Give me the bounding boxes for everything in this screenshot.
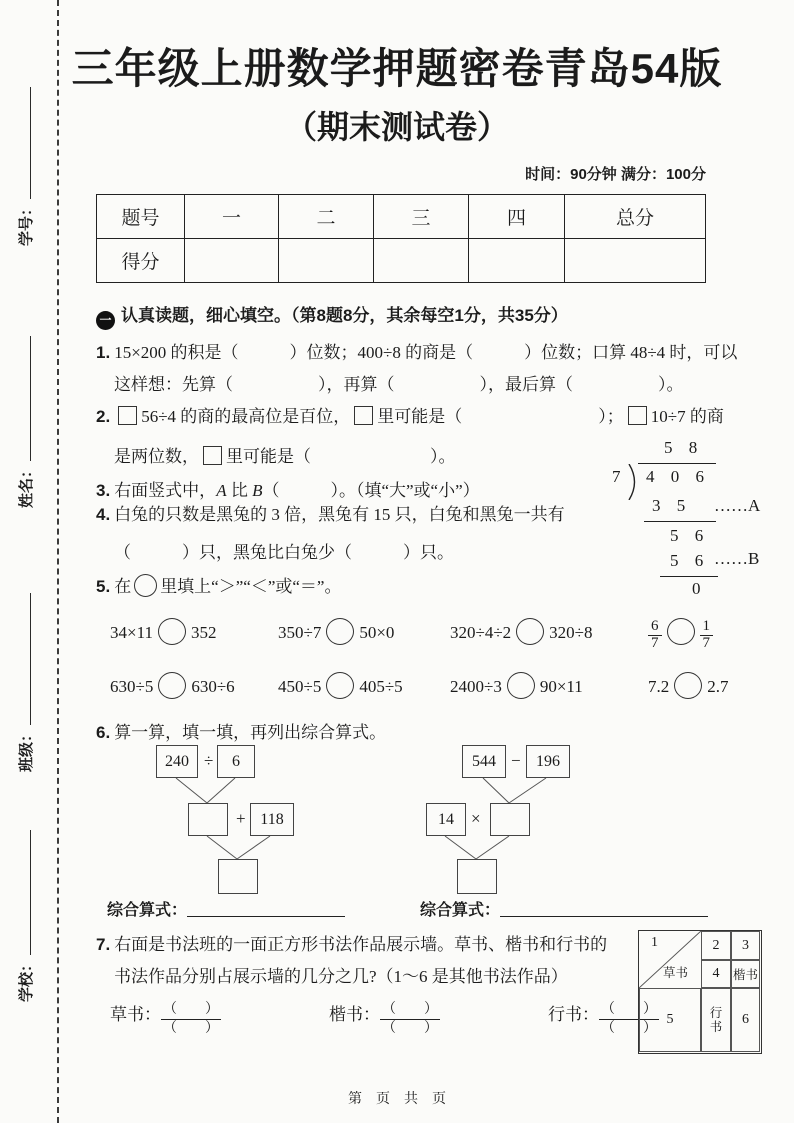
- q6-left-box-6: 6: [217, 745, 255, 778]
- wall-cell-2: 2: [701, 931, 731, 960]
- q6-left-diagram: 240 ÷ 6 + 118: [150, 745, 350, 897]
- comparison-row-2: 630÷5630÷6450÷5405÷52400÷390×117.22.7: [110, 672, 770, 699]
- question-2-text-4: 是两位数，: [114, 447, 199, 466]
- score-table-header-cell: 一: [185, 195, 279, 239]
- class-blank-line: [15, 593, 31, 725]
- q6-left-box-240: 240: [156, 745, 198, 778]
- name-field: 姓名：: [15, 336, 36, 508]
- q6-right-box-196: 196: [526, 745, 570, 778]
- question-1-number: 1.: [96, 343, 110, 362]
- q7-blank-denominator: （ ）: [161, 1020, 221, 1038]
- question-6-number: 6.: [96, 723, 110, 742]
- question-3-text-1: 右面竖式中，: [114, 481, 216, 500]
- question-1-text-2: 这样想：先算（ ），再算（ ），最后算（ ）。: [114, 375, 684, 394]
- blank-box-icon: [354, 406, 373, 425]
- q6-right-box-empty-bottom: [457, 859, 497, 894]
- score-cell-empty: [374, 239, 469, 283]
- comparison-operand: 50×0: [359, 623, 394, 642]
- score-cell-empty: [469, 239, 565, 283]
- score-cell-empty: [279, 239, 374, 283]
- q7-blank-denominator: （ ）: [380, 1020, 440, 1038]
- question-5-text-1: 在: [114, 577, 131, 596]
- wall-cell-1-caoshu: 1 草书: [639, 931, 701, 988]
- comparison-item: 350÷750×0: [278, 618, 450, 652]
- score-cell-empty: [565, 239, 706, 283]
- page-footer: 第 页 共 页: [0, 1088, 794, 1108]
- q6-right-expression: 综合算式：: [420, 897, 708, 920]
- fraction-denominator: 7: [700, 636, 714, 652]
- section1-header: 一认真读题，细心填空。（第8题8分，其余每空1分，共35分）: [96, 301, 568, 330]
- question-7-number: 7.: [96, 935, 110, 954]
- answer-circle-icon: [326, 672, 354, 699]
- q7-fraction-answer: 草书：（ ）（ ）: [110, 1007, 221, 1024]
- calligraphy-wall-figure: 1 草书 2 3 4 楷书 5 行书 6: [638, 930, 762, 1054]
- student-id-label: 学号：: [18, 201, 35, 246]
- answer-circle-icon: [674, 672, 702, 699]
- comparison-item: 630÷5630÷6: [110, 672, 278, 699]
- comparison-item: 34×11352: [110, 618, 278, 652]
- q6-left-expression-label: 综合算式：: [107, 902, 187, 919]
- answer-circle-icon: [134, 574, 157, 597]
- question-2-text-5: 里可能是（ ）。: [226, 447, 456, 466]
- question-3-number: 3.: [96, 481, 110, 500]
- division-label-b: ……B: [714, 549, 759, 569]
- question-4-number: 4.: [96, 505, 110, 524]
- wall-cell-xingshu: 行书: [701, 988, 731, 1052]
- q6-left-box-empty-mid: [188, 803, 228, 836]
- school-blank-line: [15, 830, 31, 955]
- time-score-info: 时间：90分钟 满分：100分: [96, 163, 706, 184]
- comparison-operand: 7.2: [648, 677, 669, 696]
- comparison-item: 6717: [648, 618, 713, 652]
- q6-left-box-118: 118: [250, 803, 294, 836]
- answer-circle-icon: [326, 618, 354, 645]
- division-subtrahend-2: 5 6: [670, 551, 709, 571]
- section1-number-badge-icon: 一: [96, 311, 115, 330]
- q6-left-op-plus: +: [236, 809, 246, 829]
- question-7-fraction-answers: 草书：（ ）（ ）楷书：（ ）（ ）行书：（ ）（ ）: [110, 1000, 659, 1038]
- wall-cell-kaishu: 楷书: [731, 960, 760, 988]
- division-divisor: 7: [612, 467, 621, 487]
- q6-left-box-empty-bottom: [218, 859, 258, 894]
- seal-dashed-line: [57, 0, 59, 1123]
- division-bracket-icon: [626, 464, 642, 500]
- answer-circle-icon: [158, 672, 186, 699]
- division-vinculum: [638, 463, 716, 464]
- wall-cell-6: 6: [731, 988, 760, 1052]
- division-rule-2: [660, 576, 718, 577]
- question-4-line-2: （ ）只，黑兔比白兔少（ ）只。: [114, 538, 454, 563]
- score-table-header-cell: 总分: [565, 195, 706, 239]
- school-label: 学校：: [18, 957, 35, 1002]
- q7-blank-numerator: （ ）: [380, 1001, 440, 1020]
- score-table-header-cell: 四: [469, 195, 565, 239]
- comparison-operand: 630÷5: [110, 677, 153, 696]
- class-label: 班级：: [18, 727, 35, 772]
- question-2-line-1: 2.56÷4 的商的最高位是百位，里可能是（ ）；10÷7 的商: [96, 402, 724, 427]
- question-3-var-a: A: [216, 481, 226, 500]
- division-subtrahend-1: 3 5: [652, 496, 691, 516]
- question-7-text-2: 书法作品分别占展示墙的几分之几?（1～6 是其他书法作品）: [114, 967, 568, 986]
- long-division-figure: 5 8 7 4 0 6 3 5 ……A 5 6 5 6 ……B 0: [608, 438, 788, 596]
- question-7-text-1: 右面是书法班的一面正方形书法作品展示墙。草书、楷书和行书的: [114, 935, 607, 954]
- blank-box-icon: [118, 406, 137, 425]
- comparison-operand: 34×11: [110, 623, 153, 642]
- q6-right-op-times: ×: [471, 809, 481, 829]
- fraction-operand: 17: [700, 619, 714, 652]
- score-table-header-cell: 三: [374, 195, 469, 239]
- division-result: 0: [692, 579, 701, 599]
- q6-right-expression-blank: [500, 900, 708, 917]
- paper-title: 三年级上册数学押题密卷青岛54版: [0, 36, 794, 96]
- q7-fraction-blank: （ ）（ ）: [161, 1001, 221, 1038]
- question-2-text-3: 10÷7 的商: [651, 407, 724, 426]
- score-table-header-cell: 题号: [97, 195, 185, 239]
- division-label-a: ……A: [714, 496, 760, 516]
- q6-right-diagram: 544 − 196 14 ×: [423, 745, 623, 897]
- comparison-operand: 352: [191, 623, 217, 642]
- question-6-line: 6.算一算，填一填，再列出综合算式。: [96, 718, 386, 743]
- division-remainder-1: 5 6: [670, 526, 709, 546]
- comparison-row-1: 34×11352350÷750×0320÷4÷2320÷86717: [110, 618, 770, 652]
- score-table-header-cell: 二: [279, 195, 374, 239]
- wall-label-caoshu: 草书: [663, 963, 688, 981]
- q6-right-expression-label: 综合算式：: [420, 902, 500, 919]
- division-quotient: 5 8: [664, 438, 703, 458]
- question-3-text-2: 比: [227, 481, 253, 500]
- question-2-number: 2.: [96, 407, 110, 426]
- question-4-text-1: 白兔的只数是黑兔的 3 倍，黑兔有 15 只，白兔和黑兔一共有: [114, 505, 565, 524]
- question-5-line: 5.在里填上“＞”“＜”或“＝”。: [96, 572, 341, 597]
- q7-fraction-blank: （ ）（ ）: [380, 1001, 440, 1038]
- comparison-operand: 90×11: [540, 677, 583, 696]
- name-label: 姓名：: [18, 463, 35, 508]
- fraction-operand: 67: [648, 619, 662, 652]
- question-1-text-1: 15×200 的积是（ ）位数；400÷8 的商是（ ）位数；口算 48÷4 时…: [114, 343, 737, 362]
- division-rule-1: [644, 521, 716, 522]
- answer-circle-icon: [158, 618, 186, 645]
- question-7-line-1: 7.右面是书法班的一面正方形书法作品展示墙。草书、楷书和行书的: [96, 930, 607, 955]
- wall-cell-5: 5: [639, 988, 701, 1052]
- q6-left-op-divide: ÷: [204, 751, 213, 771]
- comparison-operand: 350÷7: [278, 623, 321, 642]
- question-1-line-2: 这样想：先算（ ），再算（ ），最后算（ ）。: [114, 370, 684, 395]
- comparison-operand: 2400÷3: [450, 677, 502, 696]
- question-5-text-2: 里填上“＞”“＜”或“＝”。: [160, 577, 341, 596]
- q7-fraction-answer: 楷书：（ ）（ ）: [329, 1007, 440, 1024]
- name-blank-line: [15, 336, 31, 461]
- question-3-line: 3.右面竖式中，A 比 B（ ）。（填“大”或“小”）: [96, 476, 480, 501]
- question-2-text-2: 里可能是（ ）；: [377, 407, 624, 426]
- wall-label-xingshu: 行书: [710, 1006, 723, 1035]
- question-7-line-2: 书法作品分别占展示墙的几分之几?（1～6 是其他书法作品）: [114, 962, 568, 987]
- comparison-operand: 630÷6: [191, 677, 234, 696]
- question-3-var-b: B: [252, 481, 262, 500]
- q6-left-expression-blank: [187, 900, 345, 917]
- comparison-item: 7.22.7: [648, 672, 729, 699]
- exam-paper-page: 学号： 姓名： 班级： 学校： 三年级上册数学押题密卷青岛54版 （期末测试卷）…: [0, 0, 794, 1123]
- answer-circle-icon: [507, 672, 535, 699]
- class-field: 班级：: [15, 593, 36, 772]
- comparison-operand: 320÷4÷2: [450, 623, 511, 642]
- q6-right-box-14: 14: [426, 803, 466, 836]
- q6-right-box-empty-mid: [490, 803, 530, 836]
- fraction-numerator: 6: [648, 619, 662, 636]
- comparison-item: 320÷4÷2320÷8: [450, 618, 648, 652]
- q6-right-box-544: 544: [462, 745, 506, 778]
- wall-cell-4: 4: [701, 960, 731, 988]
- paper-subtitle: （期末测试卷）: [0, 102, 794, 148]
- comparison-item: 450÷5405÷5: [278, 672, 450, 699]
- score-row-label: 得分: [97, 239, 185, 283]
- comparison-operand: 320÷8: [549, 623, 592, 642]
- comparison-operand: 2.7: [707, 677, 728, 696]
- question-5-number: 5.: [96, 577, 110, 596]
- q7-fraction-label: 草书：: [110, 1005, 161, 1024]
- q7-fraction-label: 行书：: [548, 1005, 599, 1024]
- score-table-value-row: 得分: [97, 239, 706, 283]
- comparison-operand: 450÷5: [278, 677, 321, 696]
- question-1-line-1: 1.15×200 的积是（ ）位数；400÷8 的商是（ ）位数；口算 48÷4…: [96, 338, 737, 363]
- blank-box-icon: [628, 406, 647, 425]
- score-table: 题号一二三四总分 得分: [96, 194, 706, 283]
- q7-blank-numerator: （ ）: [161, 1001, 221, 1020]
- school-field: 学校：: [15, 830, 36, 1002]
- comparison-item: 2400÷390×11: [450, 672, 648, 699]
- question-3-text-3: （ ）。（填“大”或“小”）: [262, 481, 479, 500]
- q6-left-expression: 综合算式：: [107, 897, 345, 920]
- wall-label-1: 1: [651, 935, 658, 951]
- division-dividend: 4 0 6: [646, 467, 710, 487]
- wall-cell-3: 3: [731, 931, 760, 960]
- question-2-text-1: 56÷4 的商的最高位是百位，: [141, 407, 350, 426]
- score-cell-empty: [185, 239, 279, 283]
- q7-fraction-label: 楷书：: [329, 1005, 380, 1024]
- section1-title: 认真读题，细心填空。（第8题8分，其余每空1分，共35分）: [121, 306, 568, 325]
- question-2-line-2: 是两位数，里可能是（ ）。: [114, 442, 456, 467]
- question-6-text: 算一算，填一填，再列出综合算式。: [114, 723, 386, 742]
- fraction-denominator: 7: [648, 636, 662, 652]
- answer-circle-icon: [516, 618, 544, 645]
- blank-box-icon: [203, 446, 222, 465]
- fraction-numerator: 1: [700, 619, 714, 636]
- question-4-text-2: （ ）只，黑兔比白兔少（ ）只。: [114, 543, 454, 562]
- answer-circle-icon: [667, 618, 695, 645]
- question-4-line-1: 4.白兔的只数是黑兔的 3 倍，黑兔有 15 只，白兔和黑兔一共有: [96, 500, 565, 525]
- q6-right-op-minus: −: [511, 751, 521, 771]
- comparison-operand: 405÷5: [359, 677, 402, 696]
- score-table-header-row: 题号一二三四总分: [97, 195, 706, 239]
